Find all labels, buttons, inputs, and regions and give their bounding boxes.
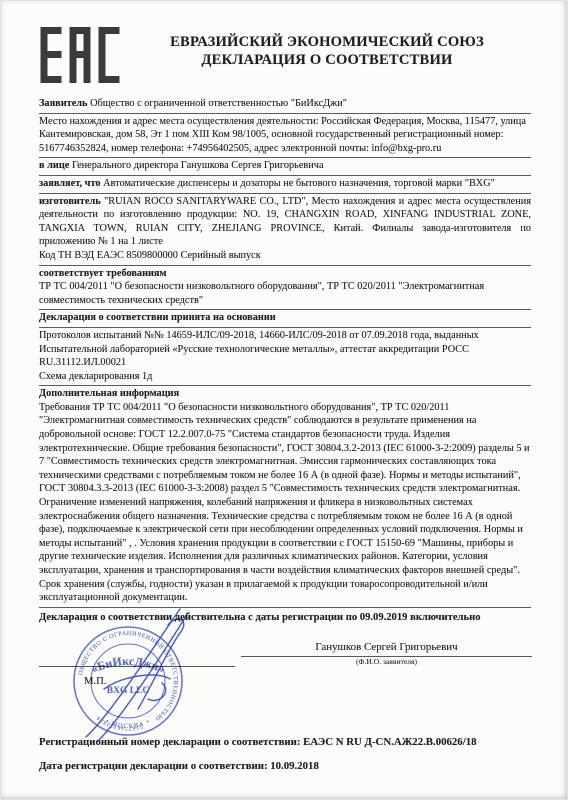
manufacturer-row: изготовитель "RUIAN ROCO SANITARYWARE CO… (39, 194, 531, 266)
manufacturer-label: изготовитель (39, 196, 101, 207)
test-protocols: Протоколов испытаний №№ 14659-ИЛС/09-201… (39, 329, 531, 370)
manufacturer-paragraph: изготовитель "RUIAN ROCO SANITARYWARE CO… (39, 195, 531, 249)
title-line-union: ЕВРАЗИЙСКИЙ ЭКОНОМИЧЕСКИЙ СОЮЗ (120, 34, 534, 52)
conformity-heading: соответствует требованиям (39, 267, 531, 281)
declares-label: заявляет, что (39, 178, 101, 189)
declaration-page: ЕВРАЗИЙСКИЙ ЭКОНОМИЧЕСКИЙ СОЮЗ ДЕКЛАРАЦИ… (0, 0, 568, 800)
additional-info-heading: Дополнительная информация (39, 387, 531, 401)
applicant-value: Общество с ограниченной ответственностью… (90, 98, 347, 109)
basis-heading-row: Декларация о соответствии принята на осн… (39, 310, 531, 328)
title-line-declaration: ДЕКЛАРАЦИЯ О СООТВЕТСТВИИ (120, 52, 534, 70)
document-body: Заявитель Общество с ограниченной ответс… (0, 83, 568, 624)
registration-date-label: Дата регистрации декларации о соответств… (39, 760, 268, 772)
registration-number-value: ЕАЭС N RU Д-CN.АЖ22.В.00626/18 (303, 736, 476, 748)
representative-label: в лице (39, 160, 69, 171)
representative-value: Генерального директора Ганушкова Сергея … (72, 160, 324, 171)
eac-logo-icon (40, 27, 120, 83)
registration-number-line: Регистрационный номер декларации о соотв… (39, 736, 477, 748)
additional-info-row: Дополнительная информация Требования ТР … (39, 386, 531, 608)
stamp-city-text: • МОСКВА • (105, 718, 152, 730)
svg-text:• МОСКВА •: • МОСКВА • (105, 718, 152, 730)
conformity-regulations: ТР ТС 004/2011 "О безопасности низковоль… (39, 280, 531, 307)
document-header: ЕВРАЗИЙСКИЙ ЭКОНОМИЧЕСКИЙ СОЮЗ ДЕКЛАРАЦИ… (0, 0, 568, 83)
document-title: ЕВРАЗИЙСКИЙ ЭКОНОМИЧЕСКИЙ СОЮЗ ДЕКЛАРАЦИ… (120, 27, 534, 69)
applicant-name-block: Ганушков Сергей Григорьевич (Ф.И.О. заяв… (241, 641, 532, 667)
registration-date-value: 10.09.2018 (270, 760, 319, 772)
declares-row: заявляет, что Автоматические диспенсеры … (39, 176, 531, 194)
stamp-company-latin: BXG LLC (107, 686, 150, 696)
name-caption: (Ф.И.О. заявителя) (241, 657, 532, 667)
representative-row: в лице Генерального директора Ганушкова … (39, 158, 531, 176)
tnved-code-line: Код ТН ВЭД ЕАЭС 8509800000 Серийный выпу… (39, 249, 531, 263)
registration-number-label: Регистрационный номер декларации о соотв… (39, 736, 300, 748)
conformity-row: соответствует требованиям ТР ТС 004/2011… (39, 266, 531, 311)
applicant-address: Место нахождения и адрес места осуществл… (39, 116, 526, 154)
applicant-row: Заявитель Общество с ограниченной ответс… (39, 96, 531, 114)
product-description: Автоматические диспенсеры и дозаторы не … (103, 178, 495, 189)
applicant-full-name: Ганушков Сергей Григорьевич (241, 641, 532, 656)
applicant-label: Заявитель (39, 98, 88, 109)
registration-date-line: Дата регистрации декларации о соответств… (39, 760, 319, 772)
declaration-scheme: Схема декларирования 1д (39, 370, 531, 384)
applicant-address-row: Место нахождения и адрес места осуществл… (39, 114, 531, 159)
additional-info-text: Требования ТР ТС 004/2011 "О безопасност… (39, 401, 531, 605)
manufacturer-value: "RUIAN ROCO SANITARYWARE CO., LTD", Мест… (39, 196, 531, 248)
basis-row: Протоколов испытаний №№ 14659-ИЛС/09-201… (39, 328, 531, 386)
company-stamp: ОБЩЕСТВО С ОГРАНИЧЕННОЙ ОТВЕТСТВЕННОСТЬЮ… (64, 597, 228, 757)
